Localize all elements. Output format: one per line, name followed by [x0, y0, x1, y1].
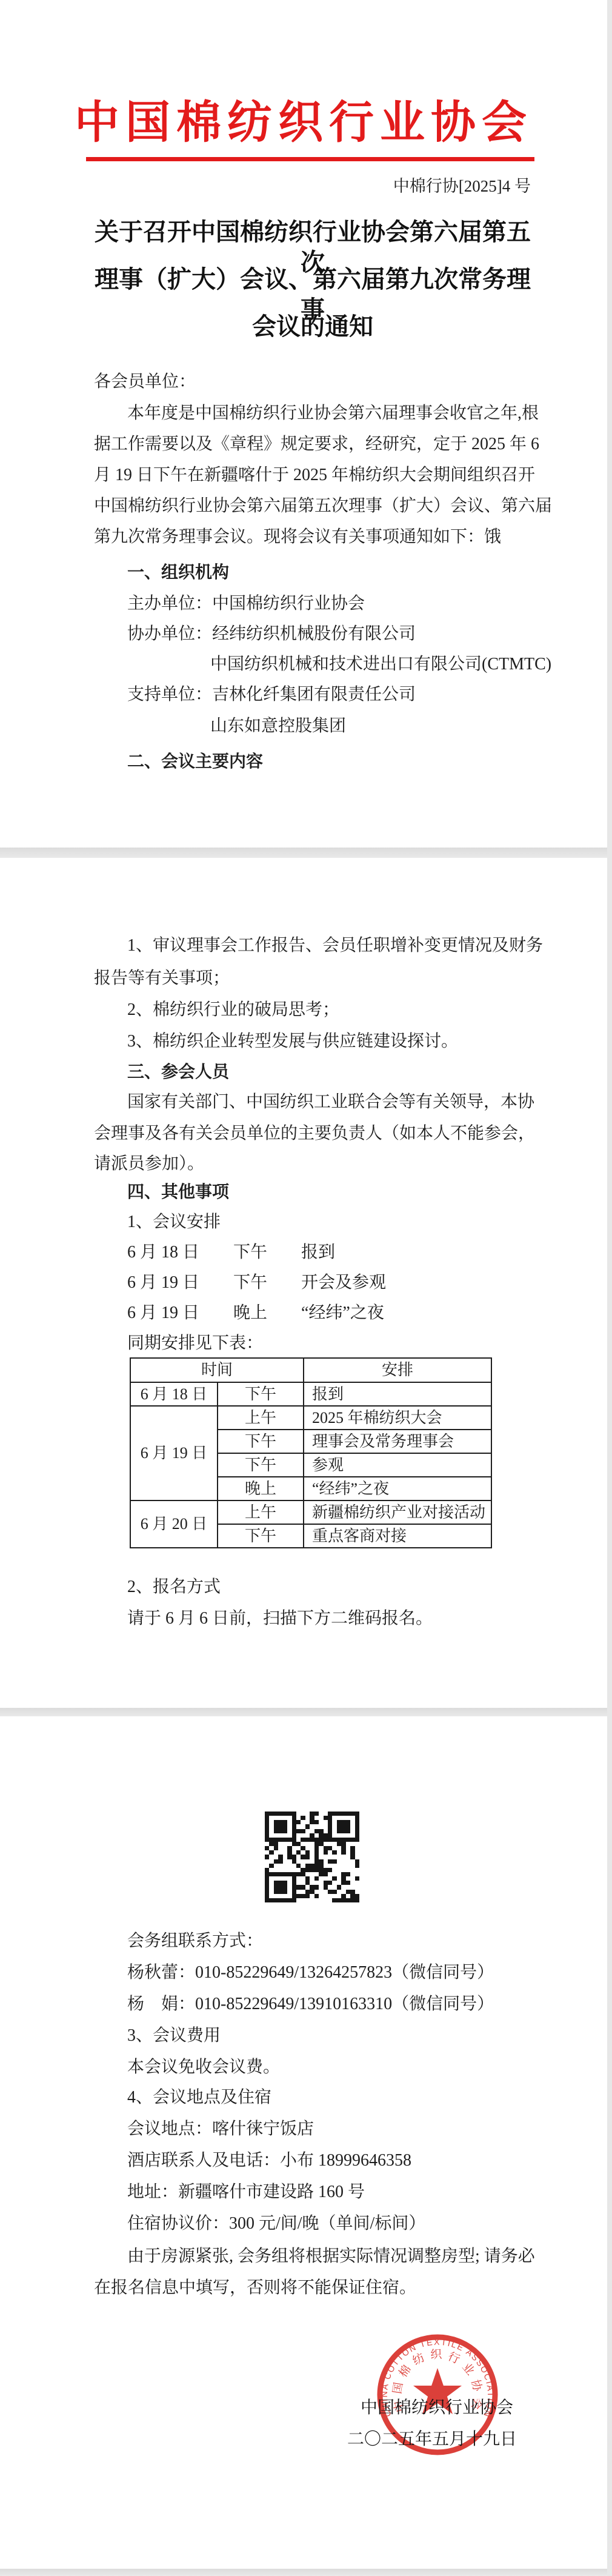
document-page: 中国棉纺织行业协会 中棉行协[2025]4 号 关于召开中国棉纺织行业协会第六届… — [0, 0, 612, 2576]
cell-plan: 重点客商对接 — [304, 1524, 491, 1548]
schedule-line: 6 月 18 日 下午 报到 — [127, 1242, 335, 1263]
intro-line: 中国棉纺织行业协会第六届第五次理事（扩大）会议、第六届 — [94, 495, 552, 517]
signup-instruction: 请于 6 月 6 日前，扫描下方二维码报名。 — [127, 1608, 433, 1630]
schedule-table: 时间 安排 6 月 18 日 下午 报到 6 月 19 日 上午 2025 年棉… — [130, 1357, 492, 1548]
price-line: 住宿协议价：300 元/间/晚（单间/标间） — [127, 2213, 425, 2235]
salutation: 各会员单位： — [94, 371, 196, 393]
table-row: 6 月 18 日 下午 报到 — [130, 1382, 491, 1406]
section4-heading: 四、其他事项 — [127, 1181, 229, 1203]
page-separator — [0, 1708, 607, 1716]
section1-heading: 一、组织机构 — [127, 561, 229, 583]
cell-time: 晚上 — [218, 1477, 304, 1500]
table-row: 6 月 19 日 上午 2025 年棉纺织大会 — [130, 1406, 491, 1430]
cell-time: 下午 — [218, 1430, 304, 1453]
col-header-time: 时间 — [130, 1358, 304, 1382]
attendees-line: 请派员参加）。 — [94, 1153, 204, 1175]
agenda-item: 1、审议理事会工作报告、会员任职增补变更情况及财务 — [127, 935, 543, 957]
table-header-row: 时间 安排 — [130, 1358, 491, 1382]
contact-phone: 杨秋蕾：010-85229649/13264257823（微信同号） — [127, 1962, 494, 1984]
agenda-item: 2、棉纺织行业的破局思考； — [127, 999, 339, 1021]
col-header-plan: 安排 — [304, 1358, 491, 1382]
intro-line: 据工作需要以及《章程》规定要求，经研究，定于 2025 年 6 — [94, 433, 539, 455]
cell-time: 下午 — [218, 1382, 304, 1406]
schedule-line: 6 月 19 日 晚上 “经纬”之夜 — [127, 1302, 384, 1324]
cell-plan: 参观 — [304, 1453, 491, 1477]
intro-line: 月 19 日下午在新疆喀什于 2025 年棉纺织大会期间组织召开 — [94, 464, 535, 486]
subitem-schedule: 1、会议安排 — [127, 1211, 221, 1233]
agenda-item: 3、棉纺织企业转型发展与供应链建设探讨。 — [127, 1031, 458, 1052]
contact-phone: 杨 娟：010-85229649/13910163310（微信同号） — [127, 1993, 494, 2015]
cell-plan: 新疆棉纺织产业对接活动 — [304, 1500, 491, 1524]
cell-plan: “经纬”之夜 — [304, 1477, 491, 1500]
section2-heading: 二、会议主要内容 — [127, 751, 263, 772]
co-organizer-2: 中国纺织机械和技术进出口有限公司(CTMTC) — [210, 654, 551, 675]
page-separator — [0, 2569, 607, 2576]
notice-title-line3: 会议的通知 — [88, 312, 537, 342]
fee-line: 本会议免收会议费。 — [127, 2056, 280, 2078]
table-note: 同期安排见下表： — [127, 1333, 263, 1354]
room-note-line: 由于房源紧张, 会务组将根据实际情况调整房型; 请务必 — [127, 2246, 535, 2267]
cell-time: 下午 — [218, 1524, 304, 1548]
section3-heading: 三、参会人员 — [127, 1061, 229, 1083]
support-unit-2: 山东如意控股集团 — [210, 715, 346, 737]
cell-time: 上午 — [218, 1500, 304, 1524]
document-number: 中棉行协[2025]4 号 — [393, 176, 531, 196]
association-letterhead: 中国棉纺织行业协会 — [0, 90, 607, 156]
host-unit: 主办单位：中国棉纺织行业协会 — [127, 593, 365, 615]
letterhead-rule — [86, 157, 534, 161]
address-line: 地址：新疆喀什市建设路 160 号 — [127, 2181, 365, 2203]
support-unit: 支持单位：吉林化纤集团有限责任公司 — [127, 684, 416, 706]
fee-heading: 3、会议费用 — [127, 2025, 221, 2047]
venue-line: 会议地点：喀什徕宁饭店 — [127, 2118, 314, 2140]
room-note-line: 在报名信息中填写，否则将不能保证住宿。 — [94, 2277, 416, 2299]
cell-time: 下午 — [218, 1453, 304, 1477]
intro-line: 本年度是中国棉纺织行业协会第六届理事会收官之年,根 — [127, 403, 539, 424]
signature-date: 二〇二五年五月十九日 — [347, 2429, 517, 2451]
cell-date: 6 月 20 日 — [130, 1500, 218, 1548]
attendees-line: 会理事及各有关会员单位的主要负责人（如本人不能参会， — [94, 1123, 535, 1145]
signature-org: 中国棉纺织行业协会 — [361, 2397, 513, 2419]
signup-qr-code — [265, 1812, 359, 1902]
attendees-line: 国家有关部门、中国纺织工业联合会等有关领导，本协 — [127, 1091, 534, 1113]
agenda-item-cont: 报告等有关事项； — [94, 968, 230, 989]
cell-date: 6 月 18 日 — [130, 1382, 218, 1406]
cell-time: 上午 — [218, 1406, 304, 1430]
intro-line: 第九次常务理事会议。现将会议有关事项通知如下：饿 — [94, 526, 501, 548]
viewer-edge-strip — [607, 0, 612, 2576]
cell-plan: 2025 年棉纺织大会 — [304, 1406, 491, 1430]
hotel-contact-line: 酒店联系人及电话：小布 18999646358 — [127, 2150, 411, 2172]
page-separator — [0, 848, 607, 858]
contact-heading: 会务组联系方式： — [127, 1930, 263, 1952]
schedule-line: 6 月 19 日 下午 开会及参观 — [127, 1272, 386, 1294]
table-row: 6 月 20 日 上午 新疆棉纺织产业对接活动 — [130, 1500, 491, 1524]
cell-plan: 报到 — [304, 1382, 491, 1406]
cell-plan: 理事会及常务理事会 — [304, 1430, 491, 1453]
subitem-signup: 2、报名方式 — [127, 1576, 221, 1598]
co-organizer: 协办单位：经纬纺织机械股份有限公司 — [127, 623, 416, 645]
cell-date: 6 月 19 日 — [130, 1406, 218, 1500]
venue-heading: 4、会议地点及住宿 — [127, 2087, 271, 2109]
